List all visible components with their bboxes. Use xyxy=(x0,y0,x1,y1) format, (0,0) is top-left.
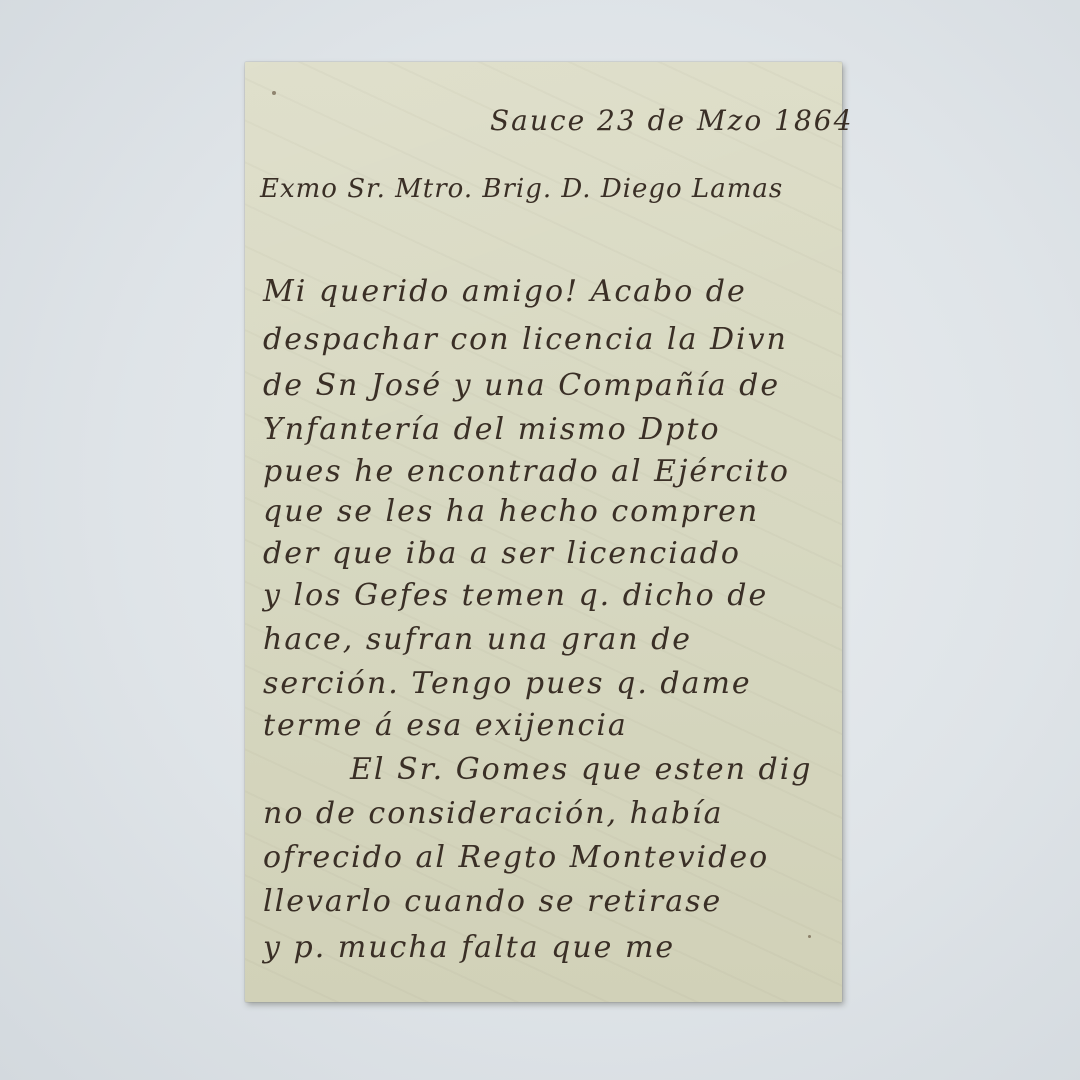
date-line: Sauce 23 de Mzo 1864 xyxy=(490,104,853,137)
body-line: no de consideración, había xyxy=(263,796,724,831)
body-line: ofrecido al Regto Montevideo xyxy=(263,840,769,875)
body-line: Mi querido amigo! Acabo de xyxy=(263,274,747,309)
body-line: y los Gefes temen q. dicho de xyxy=(263,578,768,613)
body-line: El Sr. Gomes que esten dig xyxy=(350,752,813,787)
body-line: der que iba a ser licenciado xyxy=(263,536,741,571)
body-line: serción. Tengo pues q. dame xyxy=(263,666,752,701)
body-line: que se les ha hecho compren xyxy=(263,494,759,529)
body-line: pues he encontrado al Ejército xyxy=(263,454,790,489)
body-line: terme á esa exijencia xyxy=(263,708,628,743)
body-line: llevarlo cuando se retirase xyxy=(263,884,722,919)
body-line: Ynfantería del mismo Dpto xyxy=(263,412,721,447)
body-line: hace, sufran una gran de xyxy=(263,622,692,657)
foxing-spot xyxy=(808,935,811,938)
letter-page: Sauce 23 de Mzo 1864 Exmo Sr. Mtro. Brig… xyxy=(245,62,842,1002)
body-line: de Sn José y una Compañía de xyxy=(263,368,780,403)
body-line: y p. mucha falta que me xyxy=(263,930,675,965)
salutation-header: Exmo Sr. Mtro. Brig. D. Diego Lamas xyxy=(260,174,783,204)
foxing-spot xyxy=(272,91,276,95)
body-line: despachar con licencia la Divn xyxy=(263,322,788,357)
